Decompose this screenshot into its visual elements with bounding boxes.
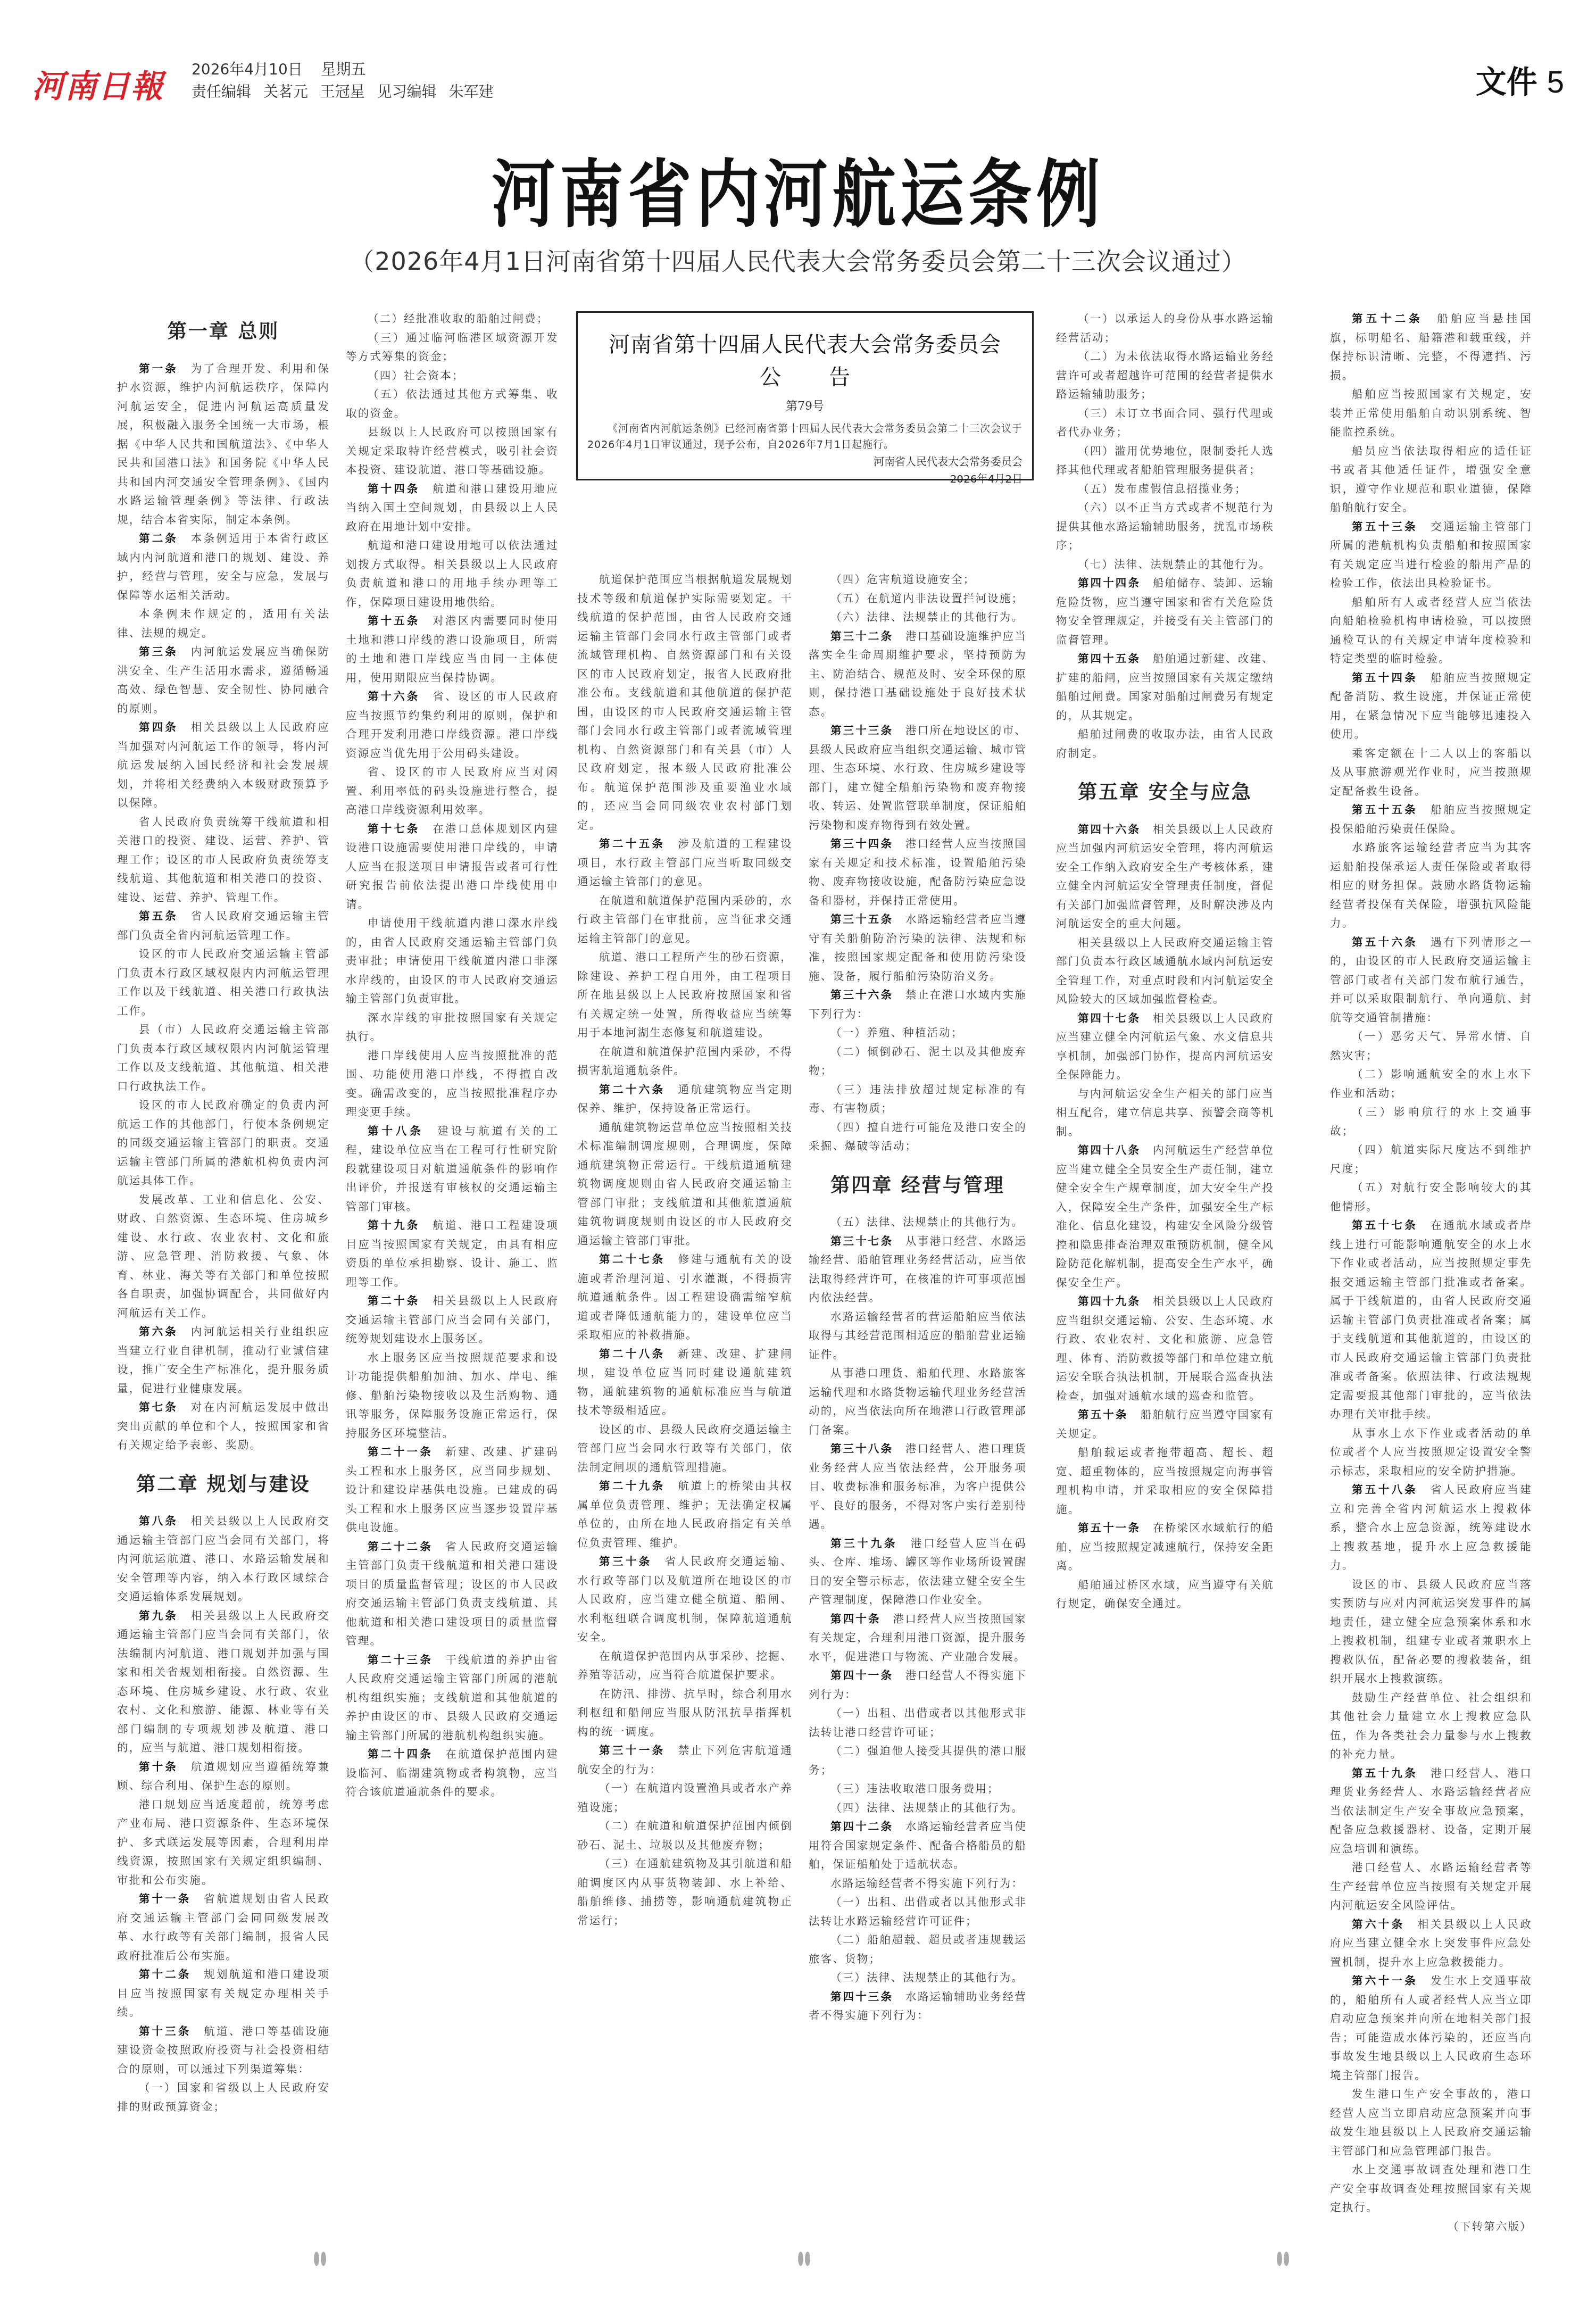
article-number: 第六十条 [1352,1918,1405,1931]
text-column-6: 第五十二条 船舶应当悬挂国旗，标明船名、船籍港和载重线，并保持标识清晰、完整，不… [1330,310,1532,2236]
article-text: 从事港口理货、船舶代理、水路旅客运输代理和水路货物运输代理业务经营活动的，应当依… [809,1367,1027,1437]
clause-paragraph: （一）出租、出借或者以其他形式非法转让港口经营许可证； [809,1704,1027,1742]
clause-paragraph: 与内河航运安全生产相关的部门应当相互配合，建立信息共享、预警会商等机制。 [1056,1085,1274,1142]
clause-paragraph: （六）法律、法规禁止的其他行为。 [809,608,1027,627]
article-paragraph: 第五十五条 船舶应当按照规定投保船舶污染责任保险。 [1330,801,1532,838]
article-text: 建设与航道有关的工程，建设单位应当在工程可行性研究阶段就建设项目对航道通航条件的… [346,1125,559,1213]
article-number: 第五十七条 [1352,1219,1418,1232]
chapter-heading: 第四章 经营与管理 [809,1176,1027,1195]
clause-paragraph: （五）对航行安全影响较大的其他情形。 [1330,1178,1532,1216]
clause-paragraph: （六）以不正当方式或者不规范行为提供其他水路运输辅助服务，扰乱市场秩序； [1056,499,1274,555]
article-number: 第四十二条 [830,1820,893,1833]
article-number: 第七条 [139,1401,178,1414]
clause-paragraph: （五）发布虚假信息招揽业务； [1056,480,1274,499]
article-text: 发生水上交通事故的，船舶所有人或者经营人应当立即启动应急预案并向所在地相关部门报… [1330,1974,1532,2082]
article-text: （一）国家和省级以上人民政府安排的财政预算资金； [117,2081,330,2113]
article-number: 第五十九条 [1352,1767,1418,1780]
article-text: 省人民政府应当建立和完善全省内河航运水上搜救体系，整合水上应急资源，统筹建设水上… [1330,1483,1532,1572]
clause-paragraph: 水上服务区应当按照规范要求和设计功能提供船舶加油、加水、岸电、维修、船舶污染物接… [346,1349,559,1443]
article-text: 港口所在地设区的市、县级人民政府应当组织交通运输、城市管理、生态环境、水行政、住… [809,724,1027,832]
text-column-5: （一）以承运人的身份从事水路运输经营活动；（二）为未依法取得水路运输业务经营许可… [1056,310,1274,1614]
article-text: 港口岸线使用人应当按照批准的范围、功能使用港口岸线，不得擅自改变。确需改变的，应… [346,1049,559,1119]
clause-paragraph: 深水岸线的审批按照国家有关规定执行。 [346,1009,559,1047]
chapter-heading: 第五章 安全与应急 [1056,783,1274,802]
article-paragraph: 第五条 省人民政府交通运输主管部门负责全省内河航运管理工作。 [117,907,330,945]
article-number: 第五十条 [1078,1408,1128,1421]
article-text: 在防汛、排涝、抗旱时，综合利用水利枢纽和船闸应当服从防汛抗旱指挥机构的统一调度。 [577,1688,793,1738]
article-text: （一）出租、出借或者以其他形式非法转让水路运输经营许可证件； [809,1896,1027,1928]
article-number: 第五十六条 [1352,936,1418,949]
clause-paragraph: （四）航道实际尺度达不到维护尺度； [1330,1141,1532,1178]
article-number: 第三十一条 [599,1744,665,1757]
article-paragraph: 第三十六条 禁止在港口水域内实施下列行为： [809,986,1027,1024]
article-number: 第十二条 [139,1968,191,1981]
article-text: 本条例未作规定的，适用有关法律、法规的规定。 [117,608,330,640]
clause-paragraph: （四）擅自进行可能危及港口安全的采掘、爆破等活动； [809,1118,1027,1156]
article-paragraph: 第三十二条 港口基础设施维护应当落实全生命周期维护要求，坚持预防为主、防治结合、… [809,627,1027,722]
article-paragraph: 第十九条 航道、港口工程建设项目应当按照国家有关规定，由具有相应资质的单位承担勘… [346,1216,559,1292]
clause-paragraph: （五）在航道内非法设置拦河设施； [809,590,1027,609]
article-paragraph: 第五十三条 交通运输主管部门所属的港航机构负责船舶和按照国家有关规定应当进行检验… [1330,518,1532,593]
article-text: 县（市）人民政府交通运输主管部门负责本行政区域权限内内河航运管理工作以及支线航道… [117,1023,330,1093]
article-text: 相关县级以上人民政府交通运输主管部门应当会同有关部门，依法编制内河航道、港口规划… [117,1609,330,1755]
article-paragraph: 第三十三条 港口所在地设区的市、县级人民政府应当组织交通运输、城市管理、生态环境… [809,721,1027,835]
article-text: （一）恶劣天气、异常水情、自然灾害； [1330,1030,1532,1062]
article-text: （一）在航道内设置渔具或者水产养殖设施； [577,1782,793,1814]
article-paragraph: 第三十一条 禁止下列危害航道通航安全的行为： [577,1741,793,1779]
article-number: 第五条 [139,910,178,923]
masthead: 河南日報 2026年4月10日 星期五 责任编辑 关茗元 王冠星 见习编辑 朱军… [32,51,1564,109]
article-number: 第三条 [139,645,178,658]
clause-paragraph: （二）倾倒砂石、泥土以及其他废弃物； [809,1043,1027,1081]
article-text: 船舶载运或者拖带超高、超长、超宽、超重物体的，应当按照规定向海事管理机构申请，并… [1056,1446,1274,1516]
announcement-body: 《河南省内河航运条例》已经河南省第十四届人民代表大会常务委员会第二十三次会议于2… [587,421,1023,453]
article-number: 第二十三条 [368,1654,433,1666]
article-text: 省、设区的市人民政府应当对闲置、利用率低的码头设施进行整合，提高港口岸线资源利用… [346,766,559,816]
clause-paragraph: 港口岸线使用人应当按照批准的范围、功能使用港口岸线，不得擅自改变。确需改变的，应… [346,1047,559,1122]
article-number: 第四十九条 [1078,1295,1141,1308]
clause-paragraph: 鼓励生产经营单位、社会组织和其他社会力量建立水上搜救应急队伍，作为各类社会力量参… [1330,1689,1532,1764]
article-text: 船员应当依法取得相应的适任证书或者其他适任证件，增强安全意识，遵守作业规范和职业… [1330,445,1532,514]
clause-paragraph: 水上交通事故调查处理和港口生产安全事故调查处理按照国家有关规定执行。 [1330,2161,1532,2218]
page-number: 5 [1547,65,1564,99]
article-paragraph: 第二十七条 修建与通航有关的设施或者治理河道、引水灌溉，不得损害航道通航条件。因… [577,1250,793,1345]
article-paragraph: 第五十四条 船舶应当按照规定配备消防、救生设施，并保证正常使用，在紧急情况下应当… [1330,669,1532,744]
clause-paragraph: （三）违法排放超过规定标准的有毒、有害物质； [809,1081,1027,1118]
article-number: 第十条 [139,1761,178,1773]
article-number: 第二十九条 [599,1480,665,1492]
article-number: 第八条 [139,1515,178,1527]
article-number: 第五十三条 [1352,520,1418,533]
clause-paragraph: （三）影响航行的水上交通事故； [1330,1103,1532,1141]
article-text: （二）经批准收取的船舶过闸费； [368,312,549,325]
article-paragraph: 第三十七条 从事港口经营、水路运输经营、船舶管理业务经营活动，应当依法取得经营许… [809,1232,1027,1308]
article-text: 县级以上人民政府可以按照国家有关规定采取特许经营模式，吸引社会资本投资、建设航道… [346,426,559,476]
article-text: 港口经营人、港口理货业务经营人、水路运输经营者应当依法制定生产安全事故应急预案，… [1330,1767,1532,1855]
article-text: （六）以不正当方式或者不规范行为提供其他水路运输辅助服务，扰乱市场秩序； [1056,501,1274,552]
article-text: 港口经营人、港口理货业务经营人应当依法经营，公开服务项目、收费标准和服务标准，为… [809,1442,1027,1531]
clause-paragraph: 水路运输经营者的营运船舶应当依法取得与其经营范围相适应的船舶营业运输证件。 [809,1308,1027,1365]
article-text: 深水岸线的审批按照国家有关规定执行。 [346,1011,559,1043]
article-number: 第三十七条 [830,1235,893,1248]
clause-paragraph: （二）船舶超载、超员或者违规载运旅客、货物； [809,1931,1027,1969]
article-text: （二）为未依法取得水路运输业务经营许可或者超越许可范围的经营者提供水路运输辅助服… [1056,350,1274,401]
clause-paragraph: （五）依法通过其他方式筹集、收取的资金。 [346,385,559,423]
article-text: （三）通过临河临港区域资源开发等方式筹集的资金； [346,331,559,363]
article-paragraph: 第二十五条 涉及航道的工程建设项目，水行政主管部门应当听取同级交通运输主管部门的… [577,835,793,892]
clause-paragraph: （一）出租、出借或者以其他形式非法转让水路运输经营许可证件； [809,1893,1027,1931]
article-text: 水上服务区应当按照规范要求和设计功能提供船舶加油、加水、岸电、维修、船舶污染物接… [346,1351,559,1440]
article-text: （四）航道实际尺度达不到维护尺度； [1330,1143,1532,1175]
article-text: （二）船舶超载、超员或者违规载运旅客、货物； [809,1933,1027,1965]
article-text: 相关县级以上人民政府交通运输主管部门负责本行政区域通航水域内河航运安全管理工作，… [1056,936,1274,1006]
article-text: （五）依法通过其他方式筹集、收取的资金。 [346,388,559,420]
article-number: 第三十二条 [830,630,893,643]
article-paragraph: 第五十六条 遇有下列情形之一的，由设区的市人民政府交通运输主管部门或者有关部门发… [1330,933,1532,1028]
clause-paragraph: 在防汛、排涝、抗旱时，综合利用水利枢纽和船闸应当服从防汛抗旱指挥机构的统一调度。 [577,1685,793,1742]
article-text: 遇有下列情形之一的，由设区的市人民政府交通运输主管部门或者有关部门发布航行通告，… [1330,936,1532,1024]
clause-paragraph: （二）经批准收取的船舶过闸费； [346,310,559,329]
clause-paragraph: 从事水上水下作业或者活动的单位或者个人应当按照规定设置安全警示标志，采取相应的安… [1330,1424,1532,1481]
article-paragraph: 第九条 相关县级以上人民政府交通运输主管部门应当会同有关部门，依法编制内河航道、… [117,1607,330,1758]
text-column-3: 航道保护范围应当根据航道发展规划技术等级和航道保护实际需要划定。干线航道的保护范… [577,570,793,1930]
article-text: （三）在通航建筑物及其引航道和船舶调度区内从事货物装卸、水上补给、船舶维修、捕捞… [577,1857,793,1927]
article-text: （二）倾倒砂石、泥土以及其他废弃物； [809,1045,1027,1077]
article-text: 水路旅客运输经营者应当为其客运船舶投保承运人责任保险或者取得相应的财务担保。鼓励… [1330,841,1532,929]
text-column-1: 第一章 总则 第一条 为了合理开发、利用和保护水资源，维护内河航运秩序，保障内河… [117,319,330,2116]
article-paragraph: 第二十九条 航道上的桥梁由其权属单位负责管理、维护；无法确定权属单位的，由所在地… [577,1477,793,1552]
trainee-label: 见习编辑 [377,83,437,101]
article-paragraph: 第八条 相关县级以上人民政府交通运输主管部门应当会同有关部门，将内河航运航道、港… [117,1512,330,1607]
clause-paragraph: （一）国家和省级以上人民政府安排的财政预算资金； [117,2079,330,2116]
article-text: 发展改革、工业和信息化、公安、财政、自然资源、生态环境、住房城乡建设、水行政、农… [117,1193,330,1319]
clause-paragraph: （一）养殖、种植活动； [809,1024,1027,1043]
article-text: 与内河航运安全生产相关的部门应当相互配合，建立信息共享、预警会商等机制。 [1056,1087,1274,1138]
text-column-2: （二）经批准收取的船舶过闸费；（三）通过临河临港区域资源开发等方式筹集的资金；（… [346,310,559,1802]
clause-paragraph: 发生港口生产安全事故的，港口经营人应当立即启动应急预案并向事故发生地县级以上人民… [1330,2085,1532,2161]
announcement-subtitle: 公告 [587,360,1023,391]
clause-paragraph: 省人民政府负责统筹干线航道和相关港口的投资、建设、运营、养护、管理工作；设区的市… [117,813,330,908]
article-paragraph: 第五十八条 省人民政府应当建立和完善全省内河航运水上搜救体系，整合水上应急资源，… [1330,1481,1532,1575]
article-number: 第四十三条 [830,1990,893,2003]
clause-paragraph: 县级以上人民政府可以按照国家有关规定采取特许经营模式，吸引社会资本投资、建设航道… [346,423,559,480]
article-text: 乘客定额在十二人以上的客船以及从事旅游观光作业时，应当按照规定配备救生设备。 [1330,747,1532,798]
article-text: 航道和港口建设用地可以依法通过划拨方式取得。相关县级以上人民政府负责航道和港口的… [346,539,559,609]
article-paragraph: 第二十二条 省人民政府交通运输主管部门负责干线航道和相关港口建设项目的质量监督管… [346,1538,559,1651]
article-paragraph: 第十四条 航道和港口建设用地应当纳入国土空间规划，由县级以上人民政府在用地计划中… [346,480,559,537]
clause-paragraph: 设区的市、县级人民政府应当落实预防与应对内河航运突发事件的属地责任，建立健全应急… [1330,1575,1532,1689]
clause-paragraph: （三）未订立书面合同、强行代理或者代办业务； [1056,404,1274,442]
article-number: 第二十二条 [368,1540,433,1553]
article-text: 在航道和航道保护范围内采砂，不得损害航道通航条件。 [577,1045,793,1077]
article-paragraph: 第十七条 在港口总体规划区内建设港口设施需要使用港口岸线的，申请人应当在报送项目… [346,820,559,915]
article-text: （一）出租、出借或者以其他形式非法转让港口经营许可证； [809,1707,1027,1739]
article-text: 相关县级以上人民政府应当加强内河航运安全管理，将内河航运安全工作纳入政府安全生产… [1056,823,1274,931]
clause-paragraph: （二）在航道和航道保护范围内倾倒砂石、泥土、垃圾以及其他废弃物； [577,1817,793,1855]
article-number: 第四十一条 [830,1669,893,1682]
article-text: 在通航水域或者岸线上进行可能影响通航安全的水上水下作业或者活动，应当按照规定事先… [1330,1219,1532,1421]
article-text: （三）违法收取港口服务费用； [830,1782,1000,1795]
newspaper-logo: 河南日報 [32,61,164,107]
article-text: （四）法律、法规禁止的其他行为。 [830,1801,1024,1814]
article-number: 第三十八条 [830,1442,893,1455]
article-text: 水路运输经营者不得实施下列行为： [830,1877,1024,1890]
clause-paragraph: （四）社会资本； [346,367,559,386]
chapter-heading: 第二章 规划与建设 [117,1475,330,1495]
clause-paragraph: 船舶所有人或者经营人应当依法向船舶检验机构申请检验，可以按照通检互认的有关规定申… [1330,593,1532,669]
section-name: 文件 [1476,64,1537,100]
article-number: 第二条 [139,532,178,545]
article-text: （二）在航道和航道保护范围内倾倒砂石、泥土、垃圾以及其他废弃物； [577,1820,793,1852]
article-text: （五）发布虚假信息招揽业务； [1078,483,1247,495]
clause-paragraph: 航道和港口建设用地可以依法通过划拨方式取得。相关县级以上人民政府负责航道和港口的… [346,536,559,612]
article-number: 第四十四条 [1078,577,1141,590]
article-text: （四）擅自进行可能危及港口安全的采掘、爆破等活动； [809,1121,1027,1153]
article-number: 第三十六条 [830,989,893,1001]
decorative-mark [798,2252,819,2267]
article-text: 船舶应当按照国家有关规定，安装并正常使用船舶自动识别系统、智能监控系统。 [1330,388,1532,438]
article-number: 第十四条 [368,483,420,495]
article-number: 第十八条 [368,1125,424,1138]
clause-paragraph: （四）法律、法规禁止的其他行为。 [809,1799,1027,1818]
article-text: 港口基础设施维护应当落实全生命周期维护要求，坚持预防为主、防治结合、规范及时、安… [809,630,1027,718]
article-paragraph: 第一条 为了合理开发、利用和保护水资源，维护内河航运秩序，保障内河航运安全，促进… [117,360,330,530]
decorative-mark [1277,2252,1298,2267]
clause-paragraph: （四）滥用优势地位，限制委托人选择其他代理或者船舶管理服务提供者； [1056,442,1274,480]
article-text: （七）法律、法规禁止的其他行为。 [1078,558,1271,571]
text-column-4: （四）危害航道设施安全；（五）在航道内非法设置拦河设施；（六）法律、法规禁止的其… [809,570,1027,2025]
clause-paragraph: 船舶应当按照国家有关规定，安装并正常使用船舶自动识别系统、智能监控系统。 [1330,385,1532,442]
clause-paragraph: 在航道和航道保护范围内采砂的，水行政主管部门在审批前，应当征求交通运输主管部门的… [577,892,793,949]
article-text: 在航道和航道保护范围内采砂的，水行政主管部门在审批前，应当征求交通运输主管部门的… [577,894,793,945]
clause-paragraph: （三）违法收取港口服务费用； [809,1780,1027,1799]
article-text: 鼓励生产经营单位、社会组织和其他社会力量建立水上搜救应急队伍，作为各类社会力量参… [1330,1691,1532,1761]
article-text: 干线航道的养护由省人民政府交通运输主管部门所属的港航机构组织实施；支线航道和其他… [346,1654,559,1742]
article-paragraph: 第二十一条 新建、改建、扩建码头工程和水上服务区，应当同步规划、设计和建设岸基供… [346,1443,559,1538]
page-subtitle: （2026年4月1日河南省第十四届人民代表大会常务委员会第二十三次会议通过） [0,242,1596,277]
clause-paragraph: 水路运输经营者不得实施下列行为： [809,1874,1027,1894]
article-text: 修建与通航有关的设施或者治理河道、引水灌溉，不得损害航道通航条件。因工程建设确需… [577,1253,793,1341]
article-text: 船舶通过桥区水域，应当遵守有关航行规定，确保安全通过。 [1056,1579,1274,1610]
announcement-title: 河南省第十四届人民代表大会常务委员会 [587,328,1023,358]
article-paragraph: 第四十一条 港口经营人不得实施下列行为： [809,1666,1027,1704]
article-text: （四）滥用优势地位，限制委托人选择其他代理或者船舶管理服务提供者； [1056,445,1274,477]
page-title: 河南省内河航运条例 [0,136,1596,241]
article-number: 第十五条 [368,615,420,627]
decorative-mark [314,2252,335,2267]
article-text: 在港口总体规划区内建设港口设施需要使用港口岸线的，申请人应当在报送项目申请报告或… [346,823,559,911]
article-text: 设区的市、县级人民政府交通运输主管部门应当会同水行政等有关部门，依法制定闸坝的通… [577,1423,793,1474]
article-paragraph: 第二十三条 干线航道的养护由省人民政府交通运输主管部门所属的港航机构组织实施；支… [346,1651,559,1746]
article-paragraph: 第四十五条 船舶通过新建、改建、扩建的船闸，应当按照国家有关规定缴纳船舶过闸费。… [1056,650,1274,725]
article-paragraph: 第四十六条 相关县级以上人民政府应当加强内河航运安全管理，将内河航运安全工作纳入… [1056,820,1274,934]
article-paragraph: 第四十二条 水路运输经营者应当使用符合国家规定条件、配备合格船员的船舶，保证船舶… [809,1817,1027,1874]
article-paragraph: 第十六条 省、设区的市人民政府应当按照节约集约利用的原则，保护和合理开发利用港口… [346,687,559,763]
article-number: 第三十五条 [830,913,893,926]
article-text: 相关县级以上人民政府应当加强对内河航运工作的领导，将内河航运发展纳入国民经济和社… [117,721,330,809]
article-paragraph: 第六条 内河航运相关行业组织应当建立行业自律机制，推动行业诚信建设，推广安全生产… [117,1323,330,1398]
article-paragraph: 第七条 对在内河航运发展中做出突出贡献的单位和个人，按照国家和省有关规定给予表彰… [117,1398,330,1455]
clause-paragraph: （四）危害航道设施安全； [809,570,1027,590]
continuation-note: （下转第六版） [1330,2218,1532,2237]
clause-paragraph: 从事港口理货、船舶代理、水路旅客运输代理和水路货物运输代理业务经营活动的，应当依… [809,1364,1027,1440]
article-paragraph: 第二十八条 新建、改建、扩建闸坝，建设单位应当同时建设通航建筑物，通航建筑物的通… [577,1345,793,1421]
article-paragraph: 第十二条 规划航道和港口建设项目应当按照国家有关规定办理相关手续。 [117,1965,330,2022]
article-number: 第四十条 [830,1613,881,1625]
article-paragraph: 第四十条 港口经营人应当按照国家有关规定，合理利用港口资源，提升服务水平，促进港… [809,1610,1027,1667]
clause-paragraph: 港口规划应当适度超前，统筹考虑产业布局、港口资源条件、生态环境保护、多式联运发展… [117,1796,330,1890]
article-number: 第二十八条 [599,1348,665,1360]
announcement-signature: 河南省人民代表大会常务委员会 [587,454,1023,470]
article-text: （三）影响航行的水上交通事故； [1330,1106,1532,1138]
clause-paragraph: 在航道保护范围内从事采砂、挖掘、养殖等活动，应当符合航道保护要求。 [577,1647,793,1685]
clause-paragraph: （一）以承运人的身份从事水路运输经营活动； [1056,310,1274,347]
article-paragraph: 第三十四条 港口经营人应当按照国家有关规定和技术标准，设置船舶污染物、废弃物接收… [809,835,1027,910]
clause-paragraph: 乘客定额在十二人以上的客船以及从事旅游观光作业时，应当按照规定配备救生设备。 [1330,744,1532,801]
article-text: 发生港口生产安全事故的，港口经营人应当立即启动应急预案并向事故发生地县级以上人民… [1330,2088,1532,2157]
article-paragraph: 第三十九条 港口经营人应当在码头、仓库、堆场、罐区等作业场所设置醒目的安全警示标… [809,1534,1027,1610]
issue-date: 2026年4月10日 [192,61,303,78]
clause-paragraph: 相关县级以上人民政府交通运输主管部门负责本行政区域通航水域内河航运安全管理工作，… [1056,934,1274,1009]
article-paragraph: 第三十五条 水路运输经营者应当遵守有关船舶防治污染的法律、法规和标准，按照国家规… [809,910,1027,986]
article-number: 第二十四条 [368,1748,433,1761]
article-text: 设区的市人民政府确定的负责内河航运工作的其他部门，行使本条例规定的同级交通运输主… [117,1099,330,1187]
article-text: 申请使用干线航道内港口深水岸线的，由省人民政府交通运输主管部门负责审批；申请使用… [346,917,559,1005]
article-paragraph: 第三条 内河航运发展应当确保防洪安全、生产生活用水需求，遵循畅通高效、绿色智慧、… [117,643,330,718]
article-number: 第五十五条 [1352,803,1418,816]
article-text: 在航道保护范围内从事采砂、挖掘、养殖等活动，应当符合航道保护要求。 [577,1650,793,1682]
article-text: 水上交通事故调查处理和港口生产安全事故调查处理按照国家有关规定执行。 [1330,2163,1532,2214]
clause-paragraph: 申请使用干线航道内港口深水岸线的，由省人民政府交通运输主管部门负责审批；申请使用… [346,914,559,1009]
article-number: 第二十条 [368,1294,420,1307]
article-number: 第十三条 [139,2025,191,2038]
article-text: （四）危害航道设施安全； [830,573,975,586]
article-text: （一）养殖、种植活动； [830,1026,963,1039]
article-text: 相关县级以上人民政府交通运输主管部门应当会同有关部门，将内河航运航道、港口、水路… [117,1515,330,1603]
article-paragraph: 第四十三条 水路运输辅助业务经营者不得实施下列行为： [809,1988,1027,2025]
article-paragraph: 第二十六条 通航建筑物应当定期保养、维护，保持设备正常运行。 [577,1081,793,1118]
trainee-name: 朱军建 [449,83,494,101]
article-number: 第四十七条 [1078,1012,1141,1025]
article-number: 第十一条 [139,1892,191,1905]
article-text: 相关县级以上人民政府应当组织交通运输、公安、生态环境、水行政、农业农村、文化和旅… [1056,1295,1274,1402]
clause-paragraph: （一）在航道内设置渔具或者水产养殖设施； [577,1779,793,1817]
article-number: 第一条 [139,362,178,375]
clause-paragraph: 港口经营人、水路运输经营者等生产经营单位应当按照有关规定开展内河航运安全风险评估… [1330,1858,1532,1915]
article-number: 第四十六条 [1078,823,1141,836]
clause-paragraph: 设区的市人民政府确定的负责内河航运工作的其他部门，行使本条例规定的同级交通运输主… [117,1096,330,1191]
article-paragraph: 第五十条 船舶航行应当遵守国家有关规定。 [1056,1406,1274,1443]
article-text: （一）以承运人的身份从事水路运输经营活动； [1056,312,1274,344]
article-number: 第三十九条 [830,1537,897,1550]
announcement-box: 河南省第十四届人民代表大会常务委员会 公告 第79号 《河南省内河航运条例》已经… [576,311,1034,480]
clause-paragraph: （三）法律、法规禁止的其他行为。 [809,1969,1027,1988]
clause-paragraph: 本条例未作规定的，适用有关法律、法规的规定。 [117,605,330,643]
chapter-heading: 第一章 总则 [117,322,330,342]
article-number: 第二十七条 [599,1253,665,1266]
article-paragraph: 第十八条 建设与航道有关的工程，建设单位应当在工程可行性研究阶段就建设项目对航道… [346,1122,559,1217]
article-number: 第四十八条 [1078,1144,1141,1157]
article-text: （三）未订立书面合同、强行代理或者代办业务； [1056,407,1274,439]
article-number: 第二十一条 [368,1446,433,1458]
article-paragraph: 第四十九条 相关县级以上人民政府应当组织交通运输、公安、生态环境、水行政、农业农… [1056,1292,1274,1406]
article-text: 航道、港口工程所产生的砂石资源，除建设、养护工程自用外，由工程项目所在地县级以上… [577,951,793,1039]
article-paragraph: 第五十一条 在桥梁区水域航行的船舶，应当按照规定减速航行，保持安全距离。 [1056,1519,1274,1576]
article-text: 港口经营人、水路运输经营者等生产经营单位应当按照有关规定开展内河航运安全风险评估… [1330,1861,1532,1912]
issue-weekday: 星期五 [321,61,366,78]
editors-label: 责任编辑 [192,83,251,101]
article-number: 第五十二条 [1352,312,1423,325]
article-text: 船舶过闸费的收取办法，由省人民政府制定。 [1056,728,1274,760]
article-paragraph: 第十条 航道规划应当遵循统筹兼顾、综合利用、保护生态的原则。 [117,1758,330,1796]
clause-paragraph: （三）在通航建筑物及其引航道和船舶调度区内从事货物装卸、水上补给、船舶维修、捕捞… [577,1855,793,1930]
article-text: （二）强迫他人接受其提供的港口服务； [809,1745,1027,1776]
article-text: 省人民政府负责统筹干线航道和相关港口的投资、建设、运营、养护、管理工作；设区的市… [117,816,330,904]
article-text: （三）法律、法规禁止的其他行为。 [830,1971,1024,1984]
article-number: 第三十条 [599,1555,652,1568]
issue-meta: 2026年4月10日 星期五 责任编辑 关茗元 王冠星 见习编辑 朱军建 [192,59,501,103]
article-text: 设区的市人民政府交通运输主管部门负责本行政区域权限内内河航运管理工作以及干线航道… [117,948,330,1017]
article-number: 第十九条 [368,1219,420,1232]
article-number: 第三十三条 [830,724,893,737]
article-text: 水路运输经营者的营运船舶应当依法取得与其经营范围相适应的船舶营业运输证件。 [809,1310,1027,1361]
article-paragraph: 第十五条 对港区内需要同时使用土地和港口岸线的港口设施项目，所需的土地和港口岸线… [346,612,559,687]
clause-paragraph: 航道、港口工程所产生的砂石资源，除建设、养护工程自用外，由工程项目所在地县级以上… [577,948,793,1043]
article-text: 内河航运生产经营单位应当建立健全全员安全生产责任制，建立健全安全生产规章制度，加… [1056,1144,1274,1289]
article-paragraph: 第四条 相关县级以上人民政府应当加强对内河航运工作的领导，将内河航运发展纳入国民… [117,718,330,813]
article-text: 省人民政府交通运输、水行政等部门以及航道所在地设区的市人民政府，应当建立健全航道… [577,1555,793,1643]
section-label: 文件5 [1476,57,1564,102]
article-number: 第九条 [139,1609,178,1622]
article-text: 航道保护范围应当根据航道发展规划技术等级和航道保护实际需要划定。干线航道的保护范… [577,573,793,832]
article-paragraph: 第三十八条 港口经营人、港口理货业务经营人应当依法经营，公开服务项目、收费标准和… [809,1440,1027,1534]
article-number: 第五十八条 [1352,1483,1418,1496]
article-paragraph: 第二条 本条例适用于本省行政区域内内河航道和港口的规划、建设、养护，经营与管理，… [117,529,330,605]
clause-paragraph: （七）法律、法规禁止的其他行为。 [1056,555,1274,575]
clause-paragraph: 设区的市人民政府交通运输主管部门负责本行政区域权限内内河航运管理工作以及干线航道… [117,945,330,1020]
clause-paragraph: （一）恶劣天气、异常水情、自然灾害； [1330,1027,1532,1065]
clause-paragraph: 水路旅客运输经营者应当为其客运船舶投保承运人责任保险或者取得相应的财务担保。鼓励… [1330,838,1532,933]
article-paragraph: 第十三条 航道、港口等基础设施建设资金按照政府投资与社会投资相结合的原则，可以通… [117,2022,330,2079]
article-text: （五）法律、法规禁止的其他行为。 [830,1216,1024,1228]
article-paragraph: 第二十四条 在航道保护范围内建设临河、临湖建筑物或者构筑物，应当符合该航道通航条… [346,1745,559,1802]
article-text: 从事水上水下作业或者活动的单位或者个人应当按照规定设置安全警示标志，采取相应的安… [1330,1427,1532,1477]
article-text: （五）对航行安全影响较大的其他情形。 [1330,1181,1532,1213]
article-number: 第三十四条 [830,837,893,850]
article-text: 新建、改建、扩建码头工程和水上服务区，应当同步规划、设计和建设岸基供电设施。已建… [346,1446,559,1534]
article-paragraph: 第四十八条 内河航运生产经营单位应当建立健全全员安全生产责任制，建立健全安全生产… [1056,1141,1274,1292]
article-number: 第五十四条 [1352,671,1418,684]
article-paragraph: 第五十九条 港口经营人、港口理货业务经营人、水路运输经营者应当依法制定生产安全事… [1330,1764,1532,1859]
article-text: 为了合理开发、利用和保护水资源，维护内河航运秩序，保障内河航运安全，促进内河航运… [117,362,330,526]
editor-name: 关茗元 [263,83,308,101]
clause-paragraph: 设区的市、县级人民政府交通运输主管部门应当会同水行政等有关部门，依法制定闸坝的通… [577,1421,793,1477]
clause-paragraph: （五）法律、法规禁止的其他行为。 [809,1213,1027,1232]
announcement-date: 2026年4月2日 [587,471,1023,487]
article-number: 第六十一条 [1352,1974,1418,1987]
article-paragraph: 第五十七条 在通航水域或者岸线上进行可能影响通航安全的水上水下作业或者活动，应当… [1330,1216,1532,1424]
article-text: （四）社会资本； [368,369,464,382]
clause-paragraph: 船员应当依法取得相应的适任证书或者其他适任证件，增强安全意识，遵守作业规范和职业… [1330,442,1532,518]
article-text: （五）在航道内非法设置拦河设施； [830,592,1024,605]
article-text: 港口规划应当适度超前，统筹考虑产业布局、港口资源条件、生态环境保护、多式联运发展… [117,1798,330,1887]
clause-paragraph: 船舶过闸费的收取办法，由省人民政府制定。 [1056,725,1274,763]
article-number: 第十七条 [368,823,420,835]
editor-name: 王冠星 [320,83,365,101]
article-number: 第二十六条 [599,1083,665,1096]
article-number: 第四十五条 [1078,652,1141,665]
clause-paragraph: （二）为未依法取得水路运输业务经营许可或者超越许可范围的经营者提供水路运输辅助服… [1056,347,1274,404]
